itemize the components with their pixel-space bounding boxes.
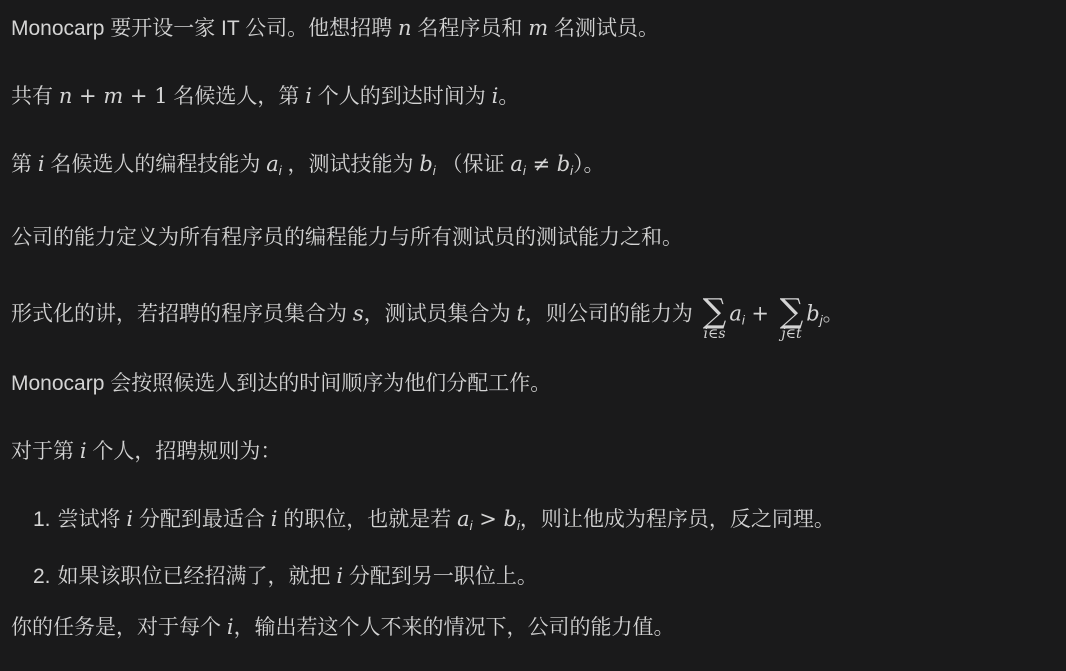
text-run: ，测试技能为	[282, 153, 420, 176]
paragraph: 第 i 名候选人的编程技能为 ai ，测试技能为 bi （保证 ai ≠ bi）…	[11, 150, 1054, 185]
math-var: a	[266, 152, 279, 176]
text-run: 对于第	[11, 440, 80, 463]
math-var: b	[557, 152, 570, 176]
math-var: m	[528, 16, 548, 40]
math-var: n	[398, 16, 412, 40]
text-run: 名程序员和	[412, 17, 529, 40]
text-run: 个人，招聘规则为：	[87, 440, 282, 463]
rule-number: 1.	[33, 508, 51, 531]
math-operator: +	[745, 302, 776, 326]
paragraph: 共有 n + m + 1 名候选人，第 i 个人的到达时间为 i。	[11, 82, 1054, 111]
text-run: 名测试员。	[548, 17, 659, 40]
math-var: i	[227, 615, 234, 639]
rules-list: 1.尝试将 i 分配到最适合 i 的职位，也就是若 ai > bi，则让他成为程…	[11, 505, 1054, 591]
text-run: 。	[498, 85, 519, 108]
rule-item: 2.如果该职位已经招满了，就把 i 分配到另一职位上。	[33, 562, 1054, 591]
text-run: 公司的能力定义为所有程序员的编程能力与所有测试员的测试能力之和。	[11, 226, 683, 249]
text-run: 如果该职位已经招满了，就把	[58, 565, 337, 588]
math-var: b	[806, 302, 819, 326]
rule-item: 1.尝试将 i 分配到最适合 i 的职位，也就是若 ai > bi，则让他成为程…	[33, 505, 1054, 540]
text-run: 的职位，也就是若	[277, 508, 457, 531]
text-run: 你的任务是，对于每个	[11, 616, 227, 639]
math-var: a	[457, 507, 470, 531]
math-operator: + 1	[123, 84, 167, 108]
text-run: 分配到最适合	[133, 508, 271, 531]
text-run: 第	[11, 153, 38, 176]
paragraph: Monocarp 会按照候选人到达的时间顺序为他们分配工作。	[11, 370, 1054, 398]
math-var: b	[504, 507, 517, 531]
text-run: 名候选人的编程技能为	[45, 153, 267, 176]
sigma-symbol: ∑	[780, 294, 804, 327]
sigma-symbol: ∑	[703, 294, 727, 327]
math-var: t	[516, 302, 524, 326]
math-var: i	[305, 84, 312, 108]
text-run: ，输出若这个人不来的情况下，公司的能力值。	[234, 616, 675, 639]
paragraph: 你的任务是，对于每个 i，输出若这个人不来的情况下，公司的能力值。	[11, 613, 1054, 642]
text-run: 共有	[11, 85, 59, 108]
math-operator: ≠	[526, 152, 557, 176]
math-var: m	[103, 84, 123, 108]
math-operator: >	[473, 507, 504, 531]
math-var: b	[419, 152, 432, 176]
math-var: s	[353, 302, 364, 326]
math-var: i	[38, 152, 45, 176]
text-run: 。	[823, 303, 844, 326]
summation: ∑i∈s	[703, 294, 727, 342]
problem-statement: Monocarp 要开设一家 IT 公司。他想招聘 n 名程序员和 m 名测试员…	[0, 0, 1066, 642]
text-run: ）。	[573, 153, 605, 176]
math-var: a	[729, 302, 742, 326]
paragraph: 公司的能力定义为所有程序员的编程能力与所有测试员的测试能力之和。	[11, 224, 1054, 252]
summation: ∑j∈t	[780, 294, 804, 342]
math-var: i	[80, 439, 87, 463]
text-run: ，则公司的能力为	[525, 303, 699, 326]
paragraph: 形式化的讲，若招聘的程序员集合为 s，测试员集合为 t，则公司的能力为 ∑i∈s…	[11, 291, 1054, 339]
rule-number: 2.	[33, 565, 51, 588]
text-run: 尝试将	[58, 508, 127, 531]
text-run: ，测试员集合为	[364, 303, 517, 326]
text-run: Monocarp 会按照候选人到达的时间顺序为他们分配工作。	[11, 372, 551, 395]
text-run: 形式化的讲，若招聘的程序员集合为	[11, 303, 353, 326]
math-operator: +	[72, 84, 103, 108]
paragraph: 对于第 i 个人，招聘规则为：	[11, 437, 1054, 466]
text-run: 名候选人，第	[168, 85, 306, 108]
text-run: ，则让他成为程序员，反之同理。	[520, 508, 835, 531]
math-var: n	[59, 84, 73, 108]
text-run: Monocarp 要开设一家 IT 公司。他想招聘	[11, 17, 398, 40]
text-run: （保证	[436, 153, 511, 176]
text-run: 分配到另一职位上。	[343, 565, 538, 588]
text-run: 个人的到达时间为	[312, 85, 492, 108]
summation-limits: i∈s	[704, 327, 726, 342]
summation-limits: j∈t	[781, 327, 801, 342]
math-var: a	[510, 152, 523, 176]
paragraph: Monocarp 要开设一家 IT 公司。他想招聘 n 名程序员和 m 名测试员…	[11, 14, 1054, 43]
